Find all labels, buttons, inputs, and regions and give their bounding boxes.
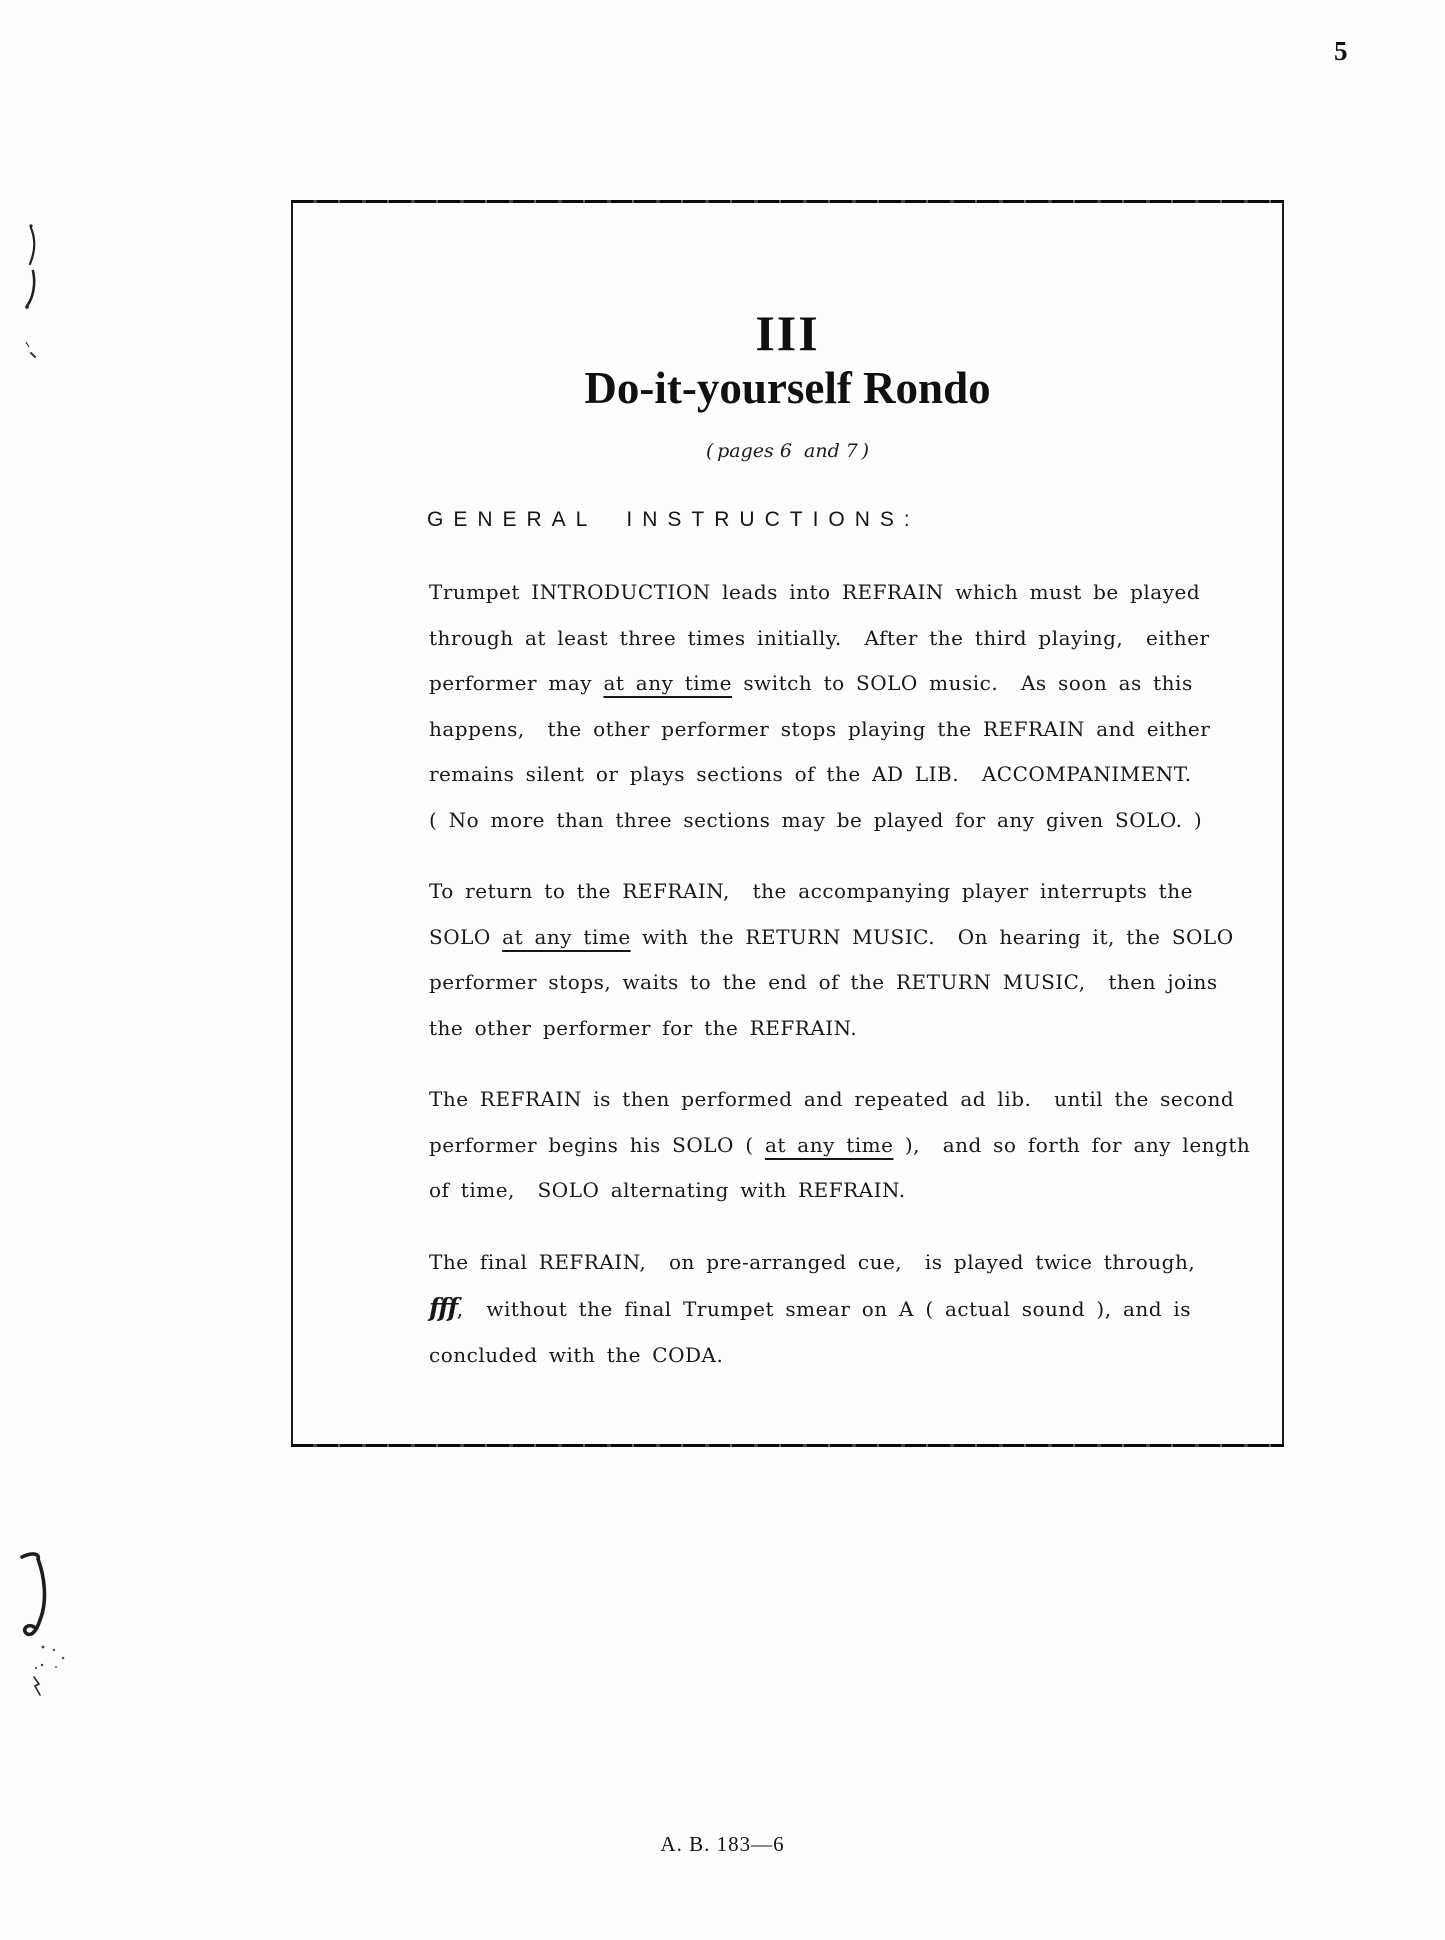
- text-segment: ), and so forth for any length: [893, 1133, 1250, 1157]
- text-segment: The REFRAIN is then performed and repeat…: [429, 1087, 1234, 1111]
- text-line: through at least three times initially. …: [429, 616, 1246, 662]
- ink-mark-top-left: [18, 214, 58, 374]
- text-segment: Trumpet INTRODUCTION leads into REFRAIN …: [429, 580, 1200, 604]
- text-line: The final REFRAIN, on pre-arranged cue, …: [429, 1240, 1246, 1286]
- movement-title: Do-it-yourself Rondo: [293, 362, 1282, 414]
- paragraph-2: To return to the REFRAIN, the accompanyi…: [429, 869, 1246, 1051]
- text-line: of time, SOLO alternating with REFRAIN.: [429, 1168, 1246, 1214]
- movement-subtitle: ( pages 6 and 7 ): [293, 440, 1282, 462]
- instruction-box: III Do-it-yourself Rondo ( pages 6 and 7…: [291, 200, 1284, 1447]
- text-segment: happens, the other performer stops playi…: [429, 717, 1210, 741]
- underlined-phrase: at any time: [603, 671, 732, 695]
- text-segment: of time, SOLO alternating with REFRAIN.: [429, 1178, 906, 1202]
- text-segment: To return to the REFRAIN, the accompanyi…: [429, 879, 1193, 903]
- scanned-document-page: 5 III Do-it-yourself Rondo ( pages 6 and…: [0, 0, 1445, 1940]
- text-segment: with the RETURN MUSIC. On hearing it, th…: [631, 925, 1234, 949]
- page-number: 5: [1334, 36, 1348, 67]
- text-line: SOLO at any time with the RETURN MUSIC. …: [429, 915, 1246, 961]
- text-segment: performer stops, waits to the end of the…: [429, 970, 1218, 994]
- text-segment: switch to SOLO music. As soon as this: [732, 671, 1193, 695]
- text-line: remains silent or plays sections of the …: [429, 752, 1246, 798]
- instructions-text: Trumpet INTRODUCTION leads into REFRAIN …: [429, 570, 1246, 1404]
- text-segment: ( No more than three sections may be pla…: [429, 808, 1202, 832]
- movement-numeral: III: [293, 304, 1282, 362]
- text-line: To return to the REFRAIN, the accompanyi…: [429, 869, 1246, 915]
- text-segment: through at least three times initially. …: [429, 626, 1210, 650]
- ink-mark-bottom-left: [8, 1545, 98, 1705]
- text-line: ( No more than three sections may be pla…: [429, 798, 1246, 844]
- text-segment: , without the final Trumpet smear on A (…: [457, 1297, 1191, 1321]
- underlined-phrase: at any time: [765, 1133, 894, 1157]
- text-segment: SOLO: [429, 925, 502, 949]
- text-line: happens, the other performer stops playi…: [429, 707, 1246, 753]
- text-line: concluded with the CODA.: [429, 1333, 1246, 1379]
- text-line: the other performer for the REFRAIN.: [429, 1006, 1246, 1052]
- text-segment: remains silent or plays sections of the …: [429, 762, 1192, 786]
- text-segment: performer begins his SOLO (: [429, 1133, 765, 1157]
- text-segment: the other performer for the REFRAIN.: [429, 1016, 857, 1040]
- section-heading: GENERAL INSTRUCTIONS:: [427, 508, 920, 532]
- paragraph-1: Trumpet INTRODUCTION leads into REFRAIN …: [429, 570, 1246, 843]
- underlined-phrase: at any time: [502, 925, 631, 949]
- text-line: The REFRAIN is then performed and repeat…: [429, 1077, 1246, 1123]
- text-segment: The final REFRAIN, on pre-arranged cue, …: [429, 1250, 1195, 1274]
- dynamic-marking-fff: fff: [429, 1293, 457, 1322]
- text-line: performer may at any time switch to SOLO…: [429, 661, 1246, 707]
- text-segment: performer may: [429, 671, 603, 695]
- paragraph-3: The REFRAIN is then performed and repeat…: [429, 1077, 1246, 1214]
- text-segment: concluded with the CODA.: [429, 1343, 723, 1367]
- plate-number: A. B. 183—6: [0, 1832, 1445, 1857]
- text-line: performer begins his SOLO ( at any time …: [429, 1123, 1246, 1169]
- text-line: performer stops, waits to the end of the…: [429, 960, 1246, 1006]
- paragraph-4: The final REFRAIN, on pre-arranged cue, …: [429, 1240, 1246, 1379]
- text-line: Trumpet INTRODUCTION leads into REFRAIN …: [429, 570, 1246, 616]
- text-line: fff, without the final Trumpet smear on …: [429, 1285, 1246, 1333]
